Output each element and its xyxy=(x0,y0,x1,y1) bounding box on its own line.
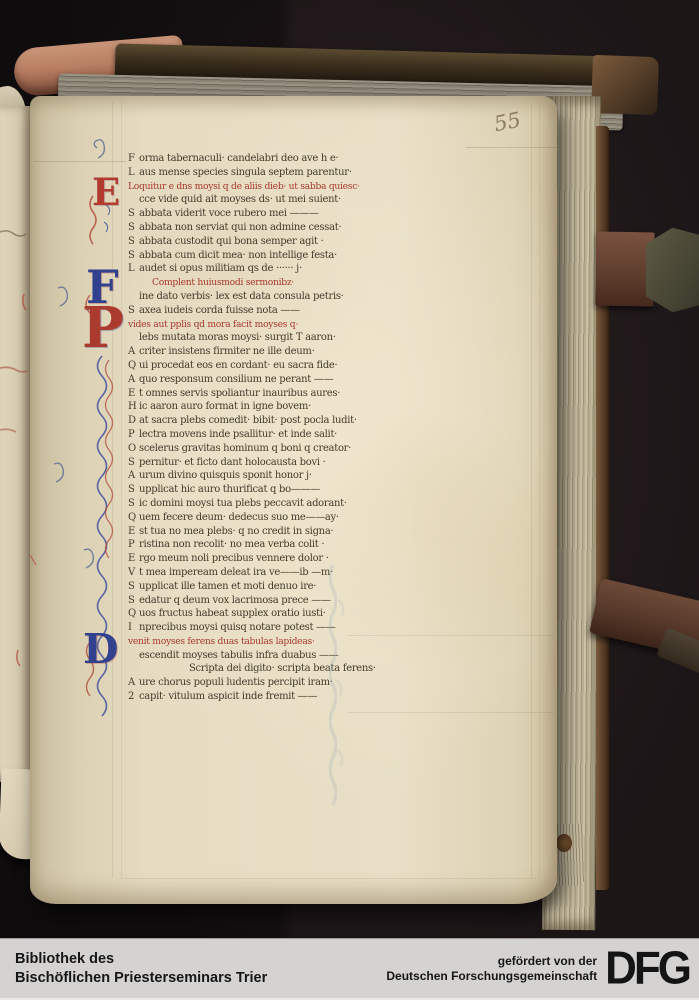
manuscript-line: Plectra movens inde psallitur· et inde s… xyxy=(128,428,364,442)
line-initial: 2 xyxy=(128,690,139,704)
ruling-line-vertical-right2 xyxy=(539,102,540,878)
line-text: rgo meum noli precibus vennere dolor · xyxy=(139,553,329,564)
manuscript-line: Descendit moyses tabulis infra duabus —— xyxy=(128,649,364,663)
line-initial: Q xyxy=(128,607,139,621)
line-text: quo responsum consilium ne perant —— xyxy=(139,374,333,385)
cover-corner xyxy=(591,55,659,115)
line-initial: E xyxy=(128,525,139,539)
manuscript-line: Forma tabernaculi· candelabri deo ave h … xyxy=(128,152,364,166)
manuscript-line: Sabbata viderit voce rubero mei ——— xyxy=(128,207,364,221)
clasp-top-metal-fitting xyxy=(646,226,699,314)
manuscript-line: Quem fecere deum· dedecus suo me——ay· xyxy=(128,511,364,525)
manuscript-line: Fine dato verbis· lex est data consula p… xyxy=(128,290,364,304)
line-text: t omnes servis spoliantur inauribus aure… xyxy=(139,388,340,399)
line-initial: L xyxy=(128,166,139,180)
line-text: orma tabernaculi· candelabri deo ave h e… xyxy=(139,153,338,164)
clasp-top-strap xyxy=(595,231,654,306)
funding-credit: gefördert von der Deutschen Forschungsge… xyxy=(386,954,597,984)
line-text: criter insistens firmiter ne ille deum· xyxy=(139,346,314,357)
funding-line2: Deutschen Forschungsgemeinschaft xyxy=(386,969,597,984)
manuscript-line: Ecce vide quid ait moyses ds· ut mei sui… xyxy=(128,193,364,207)
line-initial: Q xyxy=(128,511,139,525)
line-text: capit· vitulum aspicit inde fremit —— xyxy=(139,691,317,702)
line-text: scelerus gravitas hominum q boni q creat… xyxy=(139,443,351,454)
footer-bar: Bibliothek des Bischöflichen Priestersem… xyxy=(0,938,699,1000)
line-initial: P xyxy=(128,428,139,442)
manuscript-line: Acriter insistens firmiter ne ille deum· xyxy=(128,345,364,359)
line-initial: A xyxy=(128,469,139,483)
manuscript-line: Scripta dei digito· scripta beata ferens… xyxy=(128,662,364,676)
manuscript-line: Oscelerus gravitas hominum q boni q crea… xyxy=(128,442,364,456)
manuscript-line: Sic domini moysi tua plebs peccavit ador… xyxy=(128,497,364,511)
manuscript-line: Aquo responsum consilium ne perant —— xyxy=(128,373,364,387)
line-text: at sacra plebs comedit· bibit· post pocl… xyxy=(139,415,357,426)
manuscript-line: Complent huiusmodi sermonibz· xyxy=(128,276,364,290)
line-initial: S xyxy=(128,207,139,221)
manuscript-line: Vt mea impeream deleat ira ve——ib —m· xyxy=(128,566,364,580)
line-text: venit moyses ferens duas tabulas lapidea… xyxy=(128,636,315,647)
line-text: upplicat hic auro thurificat q bo——— xyxy=(139,484,320,495)
manuscript-line: Est tua no mea plebs· q no credit in sig… xyxy=(128,525,364,539)
manuscript-line: Hic aaron auro format in igne bovem· xyxy=(128,400,364,414)
line-text: pernitur· et ficto dant holocausta bovi … xyxy=(139,457,325,468)
line-text: abbata viderit voce rubero mei ——— xyxy=(139,208,319,219)
line-initial: E xyxy=(128,387,139,401)
manuscript-line: Supplicat ille tamen et moti denuo ire· xyxy=(128,580,364,594)
ruling-line-horizontal-mid xyxy=(348,635,554,636)
dfg-logo: DFG xyxy=(597,937,699,1000)
line-initial: D xyxy=(128,414,139,428)
line-text: Scripta dei digito· scripta beata ferens… xyxy=(189,663,376,674)
line-text: ic aaron auro format in igne bovem· xyxy=(139,401,311,412)
line-text: nprecibus moysi quisq notare potest —— xyxy=(139,622,336,633)
ruling-line-horizontal-top-right xyxy=(466,147,556,148)
line-text: ine dato verbis· lex est data consula pe… xyxy=(139,291,344,302)
manuscript-line: Supplicat hic auro thurificat q bo——— xyxy=(128,483,364,497)
manuscript-line: Inprecibus moysi quisq notare potest —— xyxy=(128,621,364,635)
manuscript-line: Spernitur· et ficto dant holocausta bovi… xyxy=(128,456,364,470)
line-text: aus mense species singula septem parentu… xyxy=(139,167,352,178)
manuscript-line: Loquitur e dns moysi q de aliis dieb· ut… xyxy=(128,180,364,194)
line-initial: S xyxy=(128,221,139,235)
line-initial: L xyxy=(128,262,139,276)
ruling-line-horizontal-mid2 xyxy=(348,712,554,713)
line-initial: P xyxy=(128,538,139,552)
manuscript-line: Laudet si opus militiam qs de ······ j· xyxy=(128,262,364,276)
manuscript-line: Sabbata custodit qui bona semper agit · xyxy=(128,235,364,249)
line-text: t mea impeream deleat ira ve——ib —m· xyxy=(139,567,333,578)
line-initial: H xyxy=(128,400,139,414)
manuscript-line: venit moyses ferens duas tabulas lapidea… xyxy=(128,635,364,649)
manuscript-line: vides aut pplis qd mora facit moyses q· xyxy=(128,318,364,332)
manuscript-line: Plebs mutata moras moysi· surgit T aaron… xyxy=(128,331,364,345)
library-name: Bibliothek des Bischöflichen Priestersem… xyxy=(0,950,267,988)
library-name-line1: Bibliothek des xyxy=(15,950,267,969)
line-initial: S xyxy=(128,456,139,470)
line-initial: F xyxy=(128,152,139,166)
manuscript-line: Dat sacra plebs comedit· bibit· post poc… xyxy=(128,414,364,428)
line-initial: E xyxy=(128,552,139,566)
ruling-line-vertical-left xyxy=(112,102,113,878)
line-initial: S xyxy=(128,594,139,608)
folio-number: 55 xyxy=(492,108,523,137)
line-initial: S xyxy=(128,580,139,594)
line-initial: O xyxy=(128,442,139,456)
manuscript-line: Sedatur q deum vox lacrimosa prece —— xyxy=(128,594,364,608)
funding-line1: gefördert von der xyxy=(386,954,597,969)
line-initial: V xyxy=(128,566,139,580)
manuscript-line: Et omnes servis spoliantur inauribus aur… xyxy=(128,387,364,401)
manuscript-line: Qui procedat eos en cordant· eu sacra fi… xyxy=(128,359,364,373)
manuscript-line: 2capit· vitulum aspicit inde fremit —— xyxy=(128,690,364,704)
manuscript-line: Sabbata cum dicit mea· non intellige fes… xyxy=(128,249,364,263)
manuscript-line: Ergo meum noli precibus vennere dolor · xyxy=(128,552,364,566)
manuscript-line: Sabbata non serviat qui non admine cessa… xyxy=(128,221,364,235)
line-text: ristina non recolit· no mea verba colit … xyxy=(139,539,324,550)
bottom-stack-stain xyxy=(556,834,572,852)
big-initial: D xyxy=(83,643,118,657)
big-initial: E xyxy=(92,186,120,200)
line-text: axea iudeis corda fuisse nota —— xyxy=(139,305,300,316)
line-text: abbata custodit qui bona semper agit · xyxy=(139,236,323,247)
text-block: Forma tabernaculi· candelabri deo ave h … xyxy=(128,152,364,704)
line-text: abbata non serviat qui non admine cessat… xyxy=(139,222,341,233)
line-text: abbata cum dicit mea· non intellige fest… xyxy=(139,250,337,261)
manuscript-line: Aurum divino quisquis sponit honor j· xyxy=(128,469,364,483)
ruling-line-vertical-left2 xyxy=(121,102,122,878)
line-text: vides aut pplis qd mora facit moyses q· xyxy=(128,319,298,330)
line-initial: A xyxy=(128,676,139,690)
line-initial: S xyxy=(128,483,139,497)
line-text: urum divino quisquis sponit honor j· xyxy=(139,470,312,481)
manuscript-line: Quos fructus habeat supplex oratio iusti… xyxy=(128,607,364,621)
line-text: lebs mutata moras moysi· surgit T aaron· xyxy=(139,332,336,343)
line-text: ure chorus populi ludentis percipit iram… xyxy=(139,677,333,688)
line-text: Complent huiusmodi sermonibz· xyxy=(152,277,294,288)
line-text: uos fructus habeat supplex oratio iusti· xyxy=(139,608,326,619)
manuscript-line: Laus mense species singula septem parent… xyxy=(128,166,364,180)
big-initial: P xyxy=(82,322,124,336)
manuscript-line: Aure chorus populi ludentis percipit ira… xyxy=(128,676,364,690)
line-initial: A xyxy=(128,345,139,359)
line-text: ui procedat eos en cordant· eu sacra fid… xyxy=(139,360,337,371)
line-text: edatur q deum vox lacrimosa prece —— xyxy=(139,595,331,606)
line-text: cce vide quid ait moyses ds· ut mei suie… xyxy=(139,194,341,205)
manuscript-line: Pristina non recolit· no mea verba colit… xyxy=(128,538,364,552)
line-text: audet si opus militiam qs de ······ j· xyxy=(139,263,302,274)
line-text: lectra movens inde psallitur· et inde sa… xyxy=(139,429,337,440)
ruling-line-horizontal-top-left xyxy=(34,161,126,162)
big-initial: F xyxy=(86,281,118,295)
line-initial: S xyxy=(128,497,139,511)
line-initial: I xyxy=(128,621,139,635)
manuscript-line: Saxea iudeis corda fuisse nota —— xyxy=(128,304,364,318)
library-name-line2: Bischöflichen Priesterseminars Trier xyxy=(15,969,267,988)
line-text: ic domini moysi tua plebs peccavit adora… xyxy=(139,498,347,509)
line-text: uem fecere deum· dedecus suo me——ay· xyxy=(139,512,339,523)
line-initial: S xyxy=(128,249,139,263)
line-initial: S xyxy=(128,304,139,318)
line-initial: Q xyxy=(128,359,139,373)
ruling-line-horizontal-bottom xyxy=(120,878,536,879)
line-text: Loquitur e dns moysi q de aliis dieb· ut… xyxy=(128,181,360,192)
line-initial: S xyxy=(128,235,139,249)
line-text: st tua no mea plebs· q no credit in sign… xyxy=(139,526,333,537)
line-text: escendit moyses tabulis infra duabus —— xyxy=(139,650,338,661)
line-initial: A xyxy=(128,373,139,387)
line-text: upplicat ille tamen et moti denuo ire· xyxy=(139,581,316,592)
ruling-line-vertical-right xyxy=(531,102,532,878)
